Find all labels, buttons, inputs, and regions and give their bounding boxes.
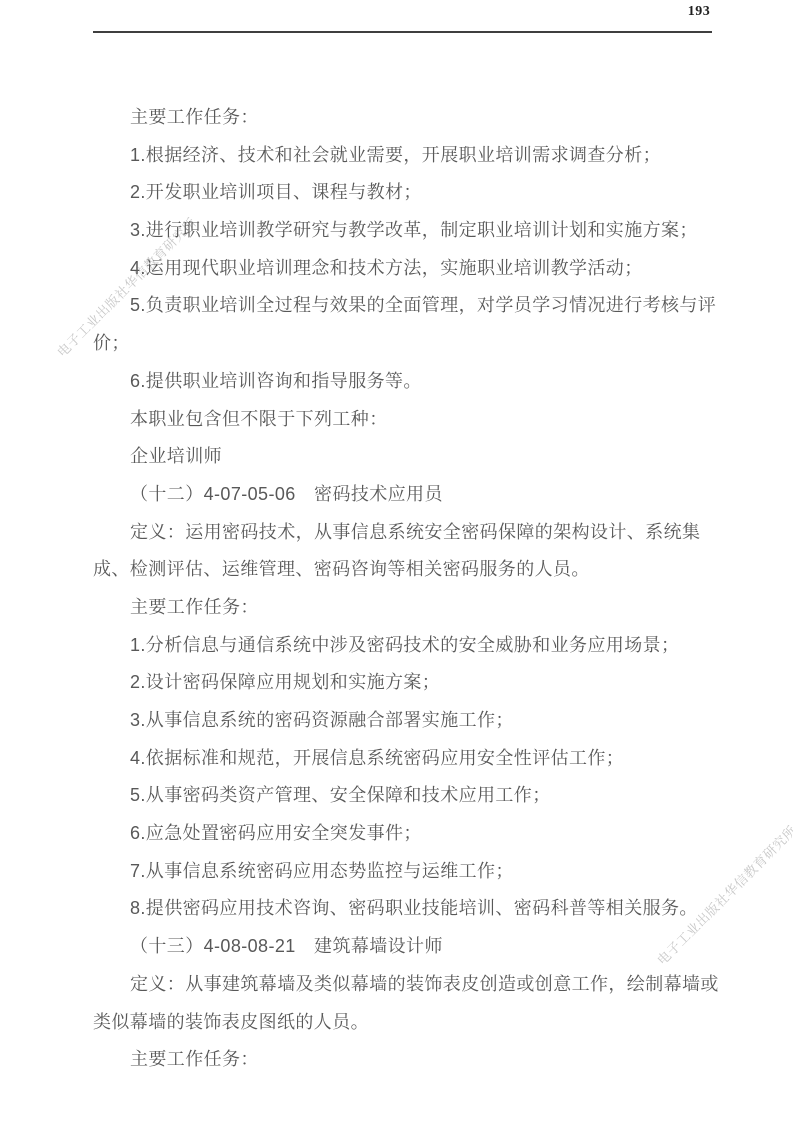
text-line: 定义：从事建筑幕墙及类似幕墙的装饰表皮创造或创意工作，绘制幕墙或 [93,966,761,1004]
document-body: 主要工作任务： 1.根据经济、技术和社会就业需要，开展职业培训需求调查分析； 2… [93,99,761,1079]
text-line: 类似幕墙的装饰表皮图纸的人员。 [93,1004,761,1042]
text-line: 4.依据标准和规范，开展信息系统密码应用安全性评估工作； [93,740,761,778]
text-line: 5.从事密码类资产管理、安全保障和技术应用工作； [93,777,761,815]
text-line: 8.提供密码应用技术咨询、密码职业技能培训、密码科普等相关服务。 [93,890,761,928]
text-line: 定义：运用密码技术，从事信息系统安全密码保障的架构设计、系统集 [93,514,761,552]
text-line: 3.从事信息系统的密码资源融合部署实施工作； [93,702,761,740]
text-line: 本职业包含但不限于下列工种： [93,401,761,439]
header-rule [93,31,712,33]
text-line: 主要工作任务： [93,1041,761,1079]
document-page: 193 电子工业出版社华信教育研究所 电子工业出版社华信教育研究所 主要工作任务… [0,0,793,1122]
text-line: 7.从事信息系统密码应用态势监控与运维工作； [93,853,761,891]
text-line: 成、检测评估、运维管理、密码咨询等相关密码服务的人员。 [93,551,761,589]
text-line: 1.根据经济、技术和社会就业需要，开展职业培训需求调查分析； [93,137,761,175]
section-heading: （十三）4-08-08-21 建筑幕墙设计师 [93,928,761,966]
text-line: 3.进行职业培训教学研究与教学改革，制定职业培训计划和实施方案； [93,212,761,250]
text-line: 5.负责职业培训全过程与效果的全面管理，对学员学习情况进行考核与评 [93,287,761,325]
text-line: 4.运用现代职业培训理念和技术方法，实施职业培训教学活动； [93,250,761,288]
text-line: 2.开发职业培训项目、课程与教材； [93,174,761,212]
text-line: 主要工作任务： [93,589,761,627]
text-line: 企业培训师 [93,438,761,476]
text-line: 价； [93,325,761,363]
section-heading: （十二）4-07-05-06 密码技术应用员 [93,476,761,514]
text-line: 2.设计密码保障应用规划和实施方案； [93,664,761,702]
text-line: 6.应急处置密码应用安全突发事件； [93,815,761,853]
text-line: 主要工作任务： [93,99,761,137]
page-number: 193 [684,4,714,20]
text-line: 6.提供职业培训咨询和指导服务等。 [93,363,761,401]
text-line: 1.分析信息与通信系统中涉及密码技术的安全威胁和业务应用场景； [93,627,761,665]
